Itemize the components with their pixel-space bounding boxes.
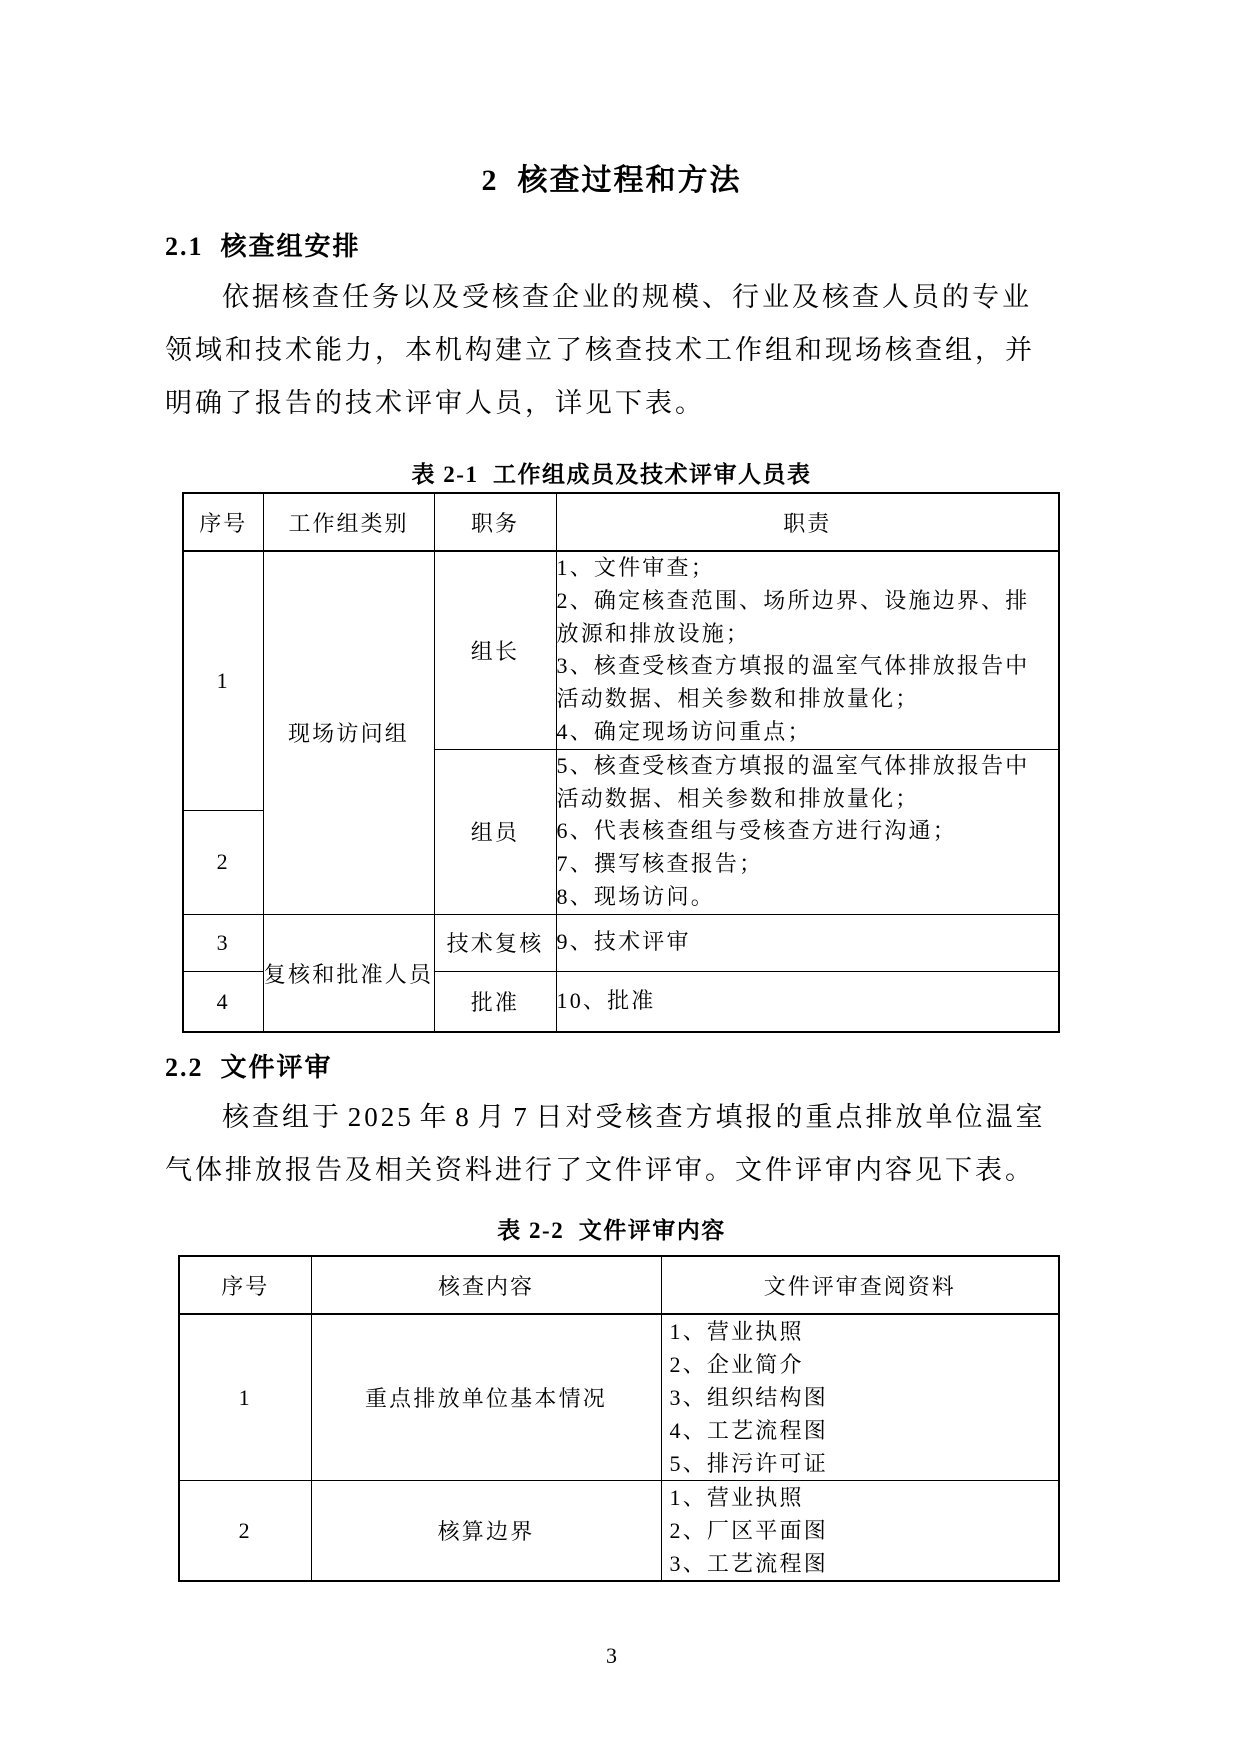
paragraph-line: 领域和技术能力，本机构建立了核查技术工作组和现场核查组，并: [165, 324, 1058, 377]
document-page: 2 核查过程和方法 2.1 核查组安排 依据核查任务以及受核查企业的规模、行业及…: [0, 0, 1240, 1754]
verify-content-cell: 核算边界: [311, 1481, 661, 1582]
duties-leader-cell: 1、文件审查； 2、确定核查范围、场所边界、设施边界、排 放源和排放设施； 3、…: [556, 551, 1059, 749]
serial-4-cell: 4: [183, 971, 263, 1032]
duties-member-cell: 5、核查受核查方填报的温室气体排放报告中 活动数据、相关参数和排放量化； 6、代…: [556, 749, 1059, 914]
serial-1-cell: 1: [183, 551, 263, 810]
section-2-2-paragraph: 核查组于 2025 年 8 月 7 日对受核查方填报的重点排放单位温室气体排放报…: [165, 1091, 1058, 1197]
paragraph-line: 依据核查任务以及受核查企业的规模、行业及核查人员的专业: [165, 271, 1058, 324]
verify-content-cell: 重点排放单位基本情况: [311, 1314, 661, 1481]
section-2-1-paragraph: 依据核查任务以及受核查企业的规模、行业及核查人员的专业领域和技术能力，本机构建立…: [165, 271, 1058, 430]
section-heading-2-2: 2.2 文件评审: [165, 1047, 333, 1084]
header-verify-content: 核查内容: [311, 1256, 661, 1314]
role-member-cell: 组员: [434, 749, 556, 914]
paragraph-line: 明确了报告的技术评审人员，详见下表。: [165, 377, 1058, 430]
table-row: 3 复核和批准人员 技术复核 9、技术评审: [183, 914, 1059, 971]
serial-3-cell: 3: [183, 914, 263, 971]
document-review-table: 序号 核查内容 文件评审查阅资料 1 重点排放单位基本情况 1、营业执照 2、企…: [178, 1255, 1060, 1582]
header-duty: 职责: [556, 493, 1059, 551]
table-2-2-caption: 表 2-2 文件评审内容: [165, 1212, 1058, 1245]
duties-tech-review-cell: 9、技术评审: [556, 914, 1059, 971]
header-serial: 序号: [183, 493, 263, 551]
group-site-visit-cell: 现场访问组: [263, 551, 434, 914]
table-row: 序号 工作组类别 职务 职责: [183, 493, 1059, 551]
materials-cell: 1、营业执照 2、厂区平面图 3、工艺流程图: [661, 1481, 1059, 1582]
page-number: 3: [165, 1643, 1058, 1669]
paragraph-line: 气体排放报告及相关资料进行了文件评审。文件评审内容见下表。: [165, 1144, 1058, 1197]
header-serial: 序号: [179, 1256, 311, 1314]
header-review-materials: 文件评审查阅资料: [661, 1256, 1059, 1314]
serial-cell: 2: [179, 1481, 311, 1582]
page-title: 2 核查过程和方法: [165, 155, 1058, 199]
work-group-table: 序号 工作组类别 职务 职责 1 现场访问组 组长 1、文件审查； 2、确定核查…: [182, 492, 1060, 1033]
serial-2-cell: 2: [183, 810, 263, 914]
serial-cell: 1: [179, 1314, 311, 1481]
table-row: 1 重点排放单位基本情况 1、营业执照 2、企业简介 3、组织结构图 4、工艺流…: [179, 1314, 1059, 1481]
materials-cell: 1、营业执照 2、企业简介 3、组织结构图 4、工艺流程图 5、排污许可证: [661, 1314, 1059, 1481]
group-review-approval-cell: 复核和批准人员: [263, 914, 434, 1032]
section-heading-2-1: 2.1 核查组安排: [165, 226, 361, 263]
role-approve-cell: 批准: [434, 971, 556, 1032]
role-leader-cell: 组长: [434, 551, 556, 749]
table-row: 序号 核查内容 文件评审查阅资料: [179, 1256, 1059, 1314]
duties-approve-cell: 10、批准: [556, 971, 1059, 1032]
table-row: 2 核算边界 1、营业执照 2、厂区平面图 3、工艺流程图: [179, 1481, 1059, 1582]
table-2-1-caption: 表 2-1 工作组成员及技术评审人员表: [165, 456, 1058, 489]
role-tech-review-cell: 技术复核: [434, 914, 556, 971]
table-row: 1 现场访问组 组长 1、文件审查； 2、确定核查范围、场所边界、设施边界、排 …: [183, 551, 1059, 749]
paragraph-line: 核查组于 2025 年 8 月 7 日对受核查方填报的重点排放单位温室: [165, 1091, 1058, 1144]
header-position: 职务: [434, 493, 556, 551]
header-group-type: 工作组类别: [263, 493, 434, 551]
